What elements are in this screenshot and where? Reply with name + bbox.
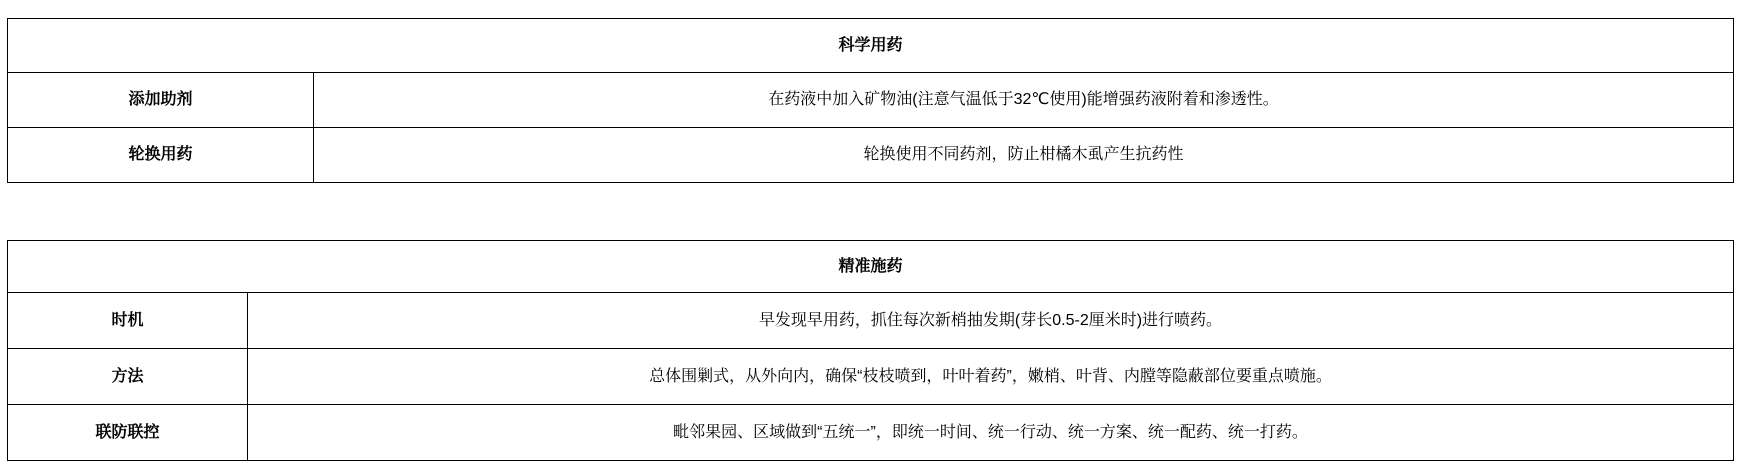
row-label-timing: 时机 [8, 293, 248, 349]
table-title: 精准施药 [8, 241, 1734, 293]
table-row: 轮换用药 轮换使用不同药剂，防止柑橘木虱产生抗药性 [8, 128, 1734, 183]
table-row: 联防联控 毗邻果园、区域做到“五统一”，即统一时间、统一行动、统一方案、统一配药… [8, 405, 1734, 461]
table-row: 方法 总体围剿式，从外向内，确保“枝枝喷到，叶叶着药”，嫩梢、叶背、内膛等隐蔽部… [8, 349, 1734, 405]
table-title-row: 科学用药 [8, 19, 1734, 73]
row-label-joint-control: 联防联控 [8, 405, 248, 461]
row-label-rotation: 轮换用药 [8, 128, 314, 183]
row-label-method: 方法 [8, 349, 248, 405]
table-row: 添加助剂 在药液中加入矿物油(注意气温低于32℃使用)能增强药液附着和渗透性。 [8, 73, 1734, 128]
document-page: 科学用药 添加助剂 在药液中加入矿物油(注意气温低于32℃使用)能增强药液附着和… [0, 0, 1741, 473]
table-precise-application: 精准施药 时机 早发现早用药，抓住每次新梢抽发期(芽长0.5-2厘米时)进行喷药… [7, 240, 1734, 461]
table-row: 时机 早发现早用药，抓住每次新梢抽发期(芽长0.5-2厘米时)进行喷药。 [8, 293, 1734, 349]
table-title: 科学用药 [8, 19, 1734, 73]
row-label-additive: 添加助剂 [8, 73, 314, 128]
table-title-row: 精准施药 [8, 241, 1734, 293]
table-scientific-medication: 科学用药 添加助剂 在药液中加入矿物油(注意气温低于32℃使用)能增强药液附着和… [7, 18, 1734, 183]
row-content-rotation: 轮换使用不同药剂，防止柑橘木虱产生抗药性 [314, 128, 1734, 183]
row-content-joint-control: 毗邻果园、区域做到“五统一”，即统一时间、统一行动、统一方案、统一配药、统一打药… [248, 405, 1734, 461]
row-content-method: 总体围剿式，从外向内，确保“枝枝喷到，叶叶着药”，嫩梢、叶背、内膛等隐蔽部位要重… [248, 349, 1734, 405]
row-content-timing: 早发现早用药，抓住每次新梢抽发期(芽长0.5-2厘米时)进行喷药。 [248, 293, 1734, 349]
row-content-additive: 在药液中加入矿物油(注意气温低于32℃使用)能增强药液附着和渗透性。 [314, 73, 1734, 128]
